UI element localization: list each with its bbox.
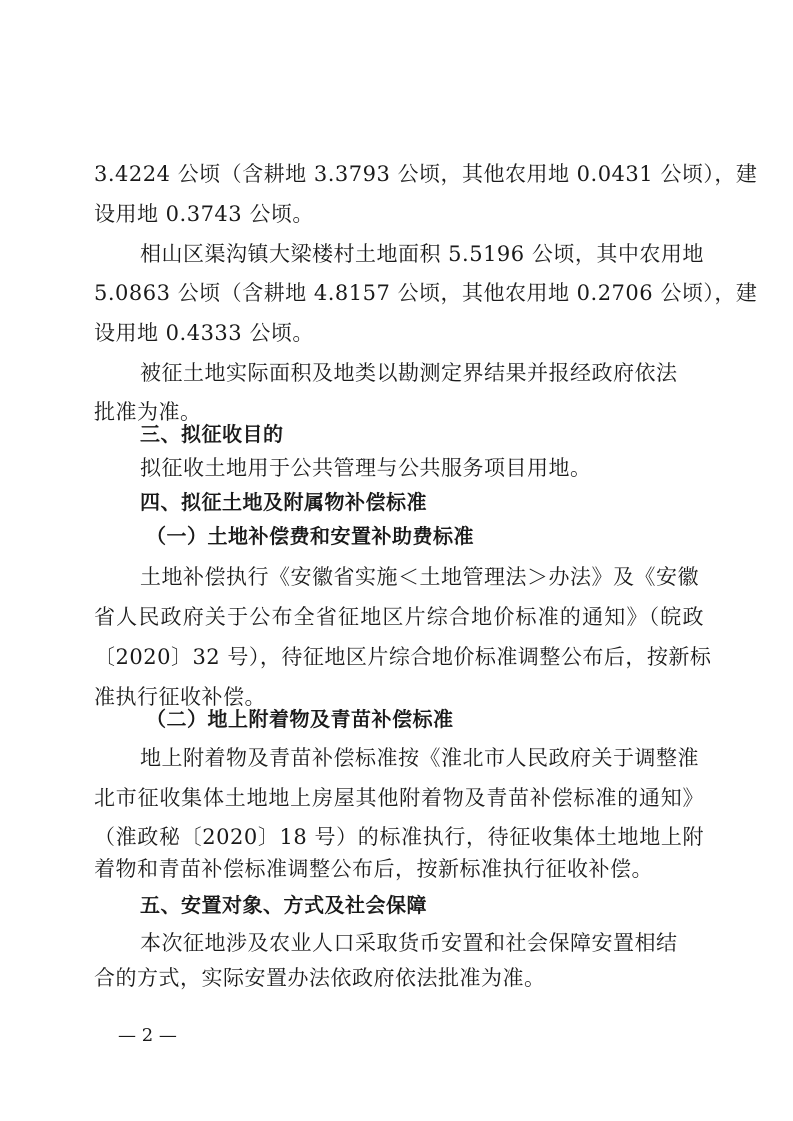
paragraph-line: 省人民政府关于公布全省征地区片综合地价标准的通知》（皖政 (94, 603, 704, 631)
paragraph-line: 合的方式，实际安置办法依政府依法批准为准。 (94, 964, 704, 992)
paragraph-line: 设用地 0.4333 公顷。 (94, 319, 704, 347)
paragraph-line: 土地补偿执行《安徽省实施＜土地管理法＞办法》及《安徽 (140, 563, 706, 591)
paragraph-line: 拟征收土地用于公共管理与公共服务项目用地。 (140, 454, 750, 482)
paragraph-line: 5.0863 公顷（含耕地 4.8157 公顷，其他农用地 0.2706 公顷）… (94, 279, 704, 307)
paragraph-line: 被征土地实际面积及地类以勘测定界结果并报经政府依法 (140, 359, 706, 387)
page-number: — 2 — (118, 1024, 177, 1048)
paragraph-line: 北市征收集体土地地上房屋其他附着物及青苗补偿标准的通知》 (94, 784, 704, 812)
paragraph-line: 地上附着物及青苗补偿标准按《淮北市人民政府关于调整淮 (140, 744, 706, 772)
paragraph-line: （淮政秘〔2020〕18 号）的标准执行，待征收集体土地地上附 (94, 823, 704, 851)
paragraph-line: 本次征地涉及农业人口采取货币安置和社会保障安置相结 (140, 929, 706, 957)
paragraph-line: 设用地 0.3743 公顷。 (94, 200, 704, 228)
paragraph-line: 着物和青苗补偿标准调整公布后，按新标准执行征收补偿。 (94, 855, 704, 883)
paragraph-line: 〔2020〕32 号），待征地区片综合地价标准调整公布后，按新标 (94, 643, 704, 671)
paragraph-line: 相山区渠沟镇大梁楼村土地面积 5.5196 公顷，其中农用地 (140, 240, 706, 268)
subsection-heading-1: （一）土地补偿费和安置补助费标准 (146, 522, 756, 550)
document-page: 3.4224 公顷（含耕地 3.3793 公顷，其他农用地 0.0431 公顷）… (0, 0, 793, 1121)
paragraph-line: 3.4224 公顷（含耕地 3.3793 公顷，其他农用地 0.0431 公顷）… (94, 160, 704, 188)
section-heading-3: 三、拟征收目的 (140, 420, 750, 448)
section-heading-5: 五、安置对象、方式及社会保障 (140, 891, 750, 919)
subsection-heading-2: （二）地上附着物及青苗补偿标准 (146, 705, 756, 733)
section-heading-4: 四、拟征土地及附属物补偿标准 (140, 488, 750, 516)
